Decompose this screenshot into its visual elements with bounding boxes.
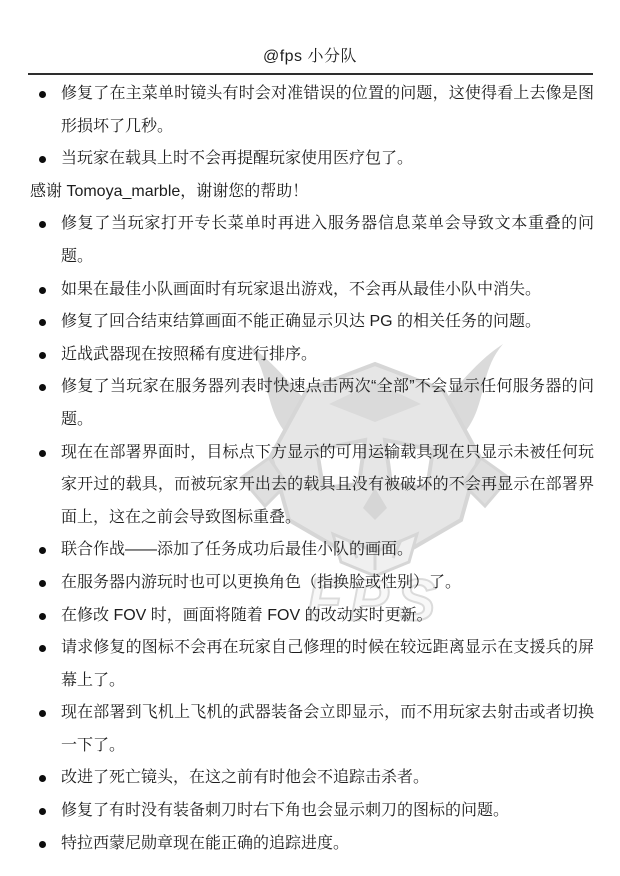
list-item: 当玩家在载具上时不会再提醒玩家使用医疗包了。 — [30, 143, 594, 176]
changelog-list: 修复了在主菜单时镜头有时会对准错误的位置的问题，这使得看上去像是图形损坏了几秒。… — [30, 78, 594, 860]
list-item-text: 当玩家在载具上时不会再提醒玩家使用医疗包了。 — [61, 150, 413, 167]
list-item: 现在在部署界面时，目标点下方显示的可用运输载具现在只显示未被任何玩家开过的载具，… — [30, 437, 594, 535]
list-item: 修复了有时没有装备刺刀时右下角也会显示刺刀的图标的问题。 — [30, 795, 594, 828]
bullet-icon — [39, 221, 46, 228]
list-item: 修复了在主菜单时镜头有时会对准错误的位置的问题，这使得看上去像是图形损坏了几秒。 — [30, 78, 594, 143]
list-item: 感谢 Tomoya_marble，谢谢您的帮助！ — [30, 176, 594, 209]
list-item-text: 修复了当玩家打开专长菜单时再进入服务器信息菜单会导致文本重叠的问题。 — [61, 215, 594, 265]
bullet-icon — [39, 450, 46, 457]
list-item: 修复了回合结束结算画面不能正确显示贝达 PG 的相关任务的问题。 — [30, 306, 594, 339]
bullet-icon — [39, 580, 46, 587]
bullet-icon — [39, 547, 46, 554]
list-item: 请求修复的图标不会再在玩家自己修理的时候在较远距离显示在支援兵的屏幕上了。 — [30, 632, 594, 697]
list-item-text: 在修改 FOV 时，画面将随着 FOV 的改动实时更新。 — [61, 607, 433, 624]
bullet-icon — [39, 384, 46, 391]
bullet-icon — [39, 91, 46, 98]
list-item: 在修改 FOV 时，画面将随着 FOV 的改动实时更新。 — [30, 600, 594, 633]
page-header: @fps 小分队 — [0, 0, 620, 66]
list-item-text: 近战武器现在按照稀有度进行排序。 — [61, 346, 317, 363]
list-item: 改进了死亡镜头，在这之前有时他会不追踪击杀者。 — [30, 762, 594, 795]
bullet-icon — [39, 841, 46, 848]
list-item-text: 联合作战——添加了任务成功后最佳小队的画面。 — [61, 541, 413, 558]
list-item-text: 特拉西蒙尼勋章现在能正确的追踪进度。 — [61, 835, 349, 852]
list-item: 在服务器内游玩时也可以更换角色（指换脸或性别）了。 — [30, 567, 594, 600]
bullet-icon — [39, 613, 46, 620]
bullet-icon — [39, 352, 46, 359]
bullet-icon — [39, 287, 46, 294]
bullet-icon — [39, 156, 46, 163]
bullet-icon — [39, 319, 46, 326]
bullet-icon — [39, 808, 46, 815]
list-item-text: 感谢 Tomoya_marble，谢谢您的帮助！ — [30, 183, 308, 200]
list-item-text: 改进了死亡镜头，在这之前有时他会不追踪击杀者。 — [61, 769, 429, 786]
list-item: 修复了当玩家打开专长菜单时再进入服务器信息菜单会导致文本重叠的问题。 — [30, 208, 594, 273]
list-item-text: 修复了回合结束结算画面不能正确显示贝达 PG 的相关任务的问题。 — [61, 313, 541, 330]
list-item: 特拉西蒙尼勋章现在能正确的追踪进度。 — [30, 828, 594, 861]
bullet-icon — [39, 775, 46, 782]
list-item-text: 在服务器内游玩时也可以更换角色（指换脸或性别）了。 — [61, 574, 461, 591]
header-divider — [28, 73, 593, 75]
list-item: 现在部署到飞机上飞机的武器装备会立即显示，而不用玩家去射击或者切换一下了。 — [30, 697, 594, 762]
list-item: 修复了当玩家在服务器列表时快速点击两次“全部”不会显示任何服务器的问题。 — [30, 371, 594, 436]
list-item-text: 请求修复的图标不会再在玩家自己修理的时候在较远距离显示在支援兵的屏幕上了。 — [61, 639, 594, 689]
page-title: @fps 小分队 — [0, 0, 620, 66]
list-item: 如果在最佳小队画面时有玩家退出游戏，不会再从最佳小队中消失。 — [30, 274, 594, 307]
list-item-text: 修复了当玩家在服务器列表时快速点击两次“全部”不会显示任何服务器的问题。 — [61, 378, 594, 428]
bullet-icon — [39, 710, 46, 717]
list-item: 联合作战——添加了任务成功后最佳小队的画面。 — [30, 534, 594, 567]
list-item-text: 现在在部署界面时，目标点下方显示的可用运输载具现在只显示未被任何玩家开过的载具，… — [61, 444, 594, 526]
list-item-text: 如果在最佳小队画面时有玩家退出游戏，不会再从最佳小队中消失。 — [61, 281, 541, 298]
page: @fps 小分队 FPS 修复了在主菜单时镜头有时会对准错误的位置的问题，这使得… — [0, 0, 620, 876]
bullet-icon — [39, 645, 46, 652]
list-item-text: 修复了在主菜单时镜头有时会对准错误的位置的问题，这使得看上去像是图形损坏了几秒。 — [61, 85, 594, 135]
list-item-text: 现在部署到飞机上飞机的武器装备会立即显示，而不用玩家去射击或者切换一下了。 — [61, 704, 594, 754]
list-item-text: 修复了有时没有装备刺刀时右下角也会显示刺刀的图标的问题。 — [61, 802, 509, 819]
list-item: 近战武器现在按照稀有度进行排序。 — [30, 339, 594, 372]
